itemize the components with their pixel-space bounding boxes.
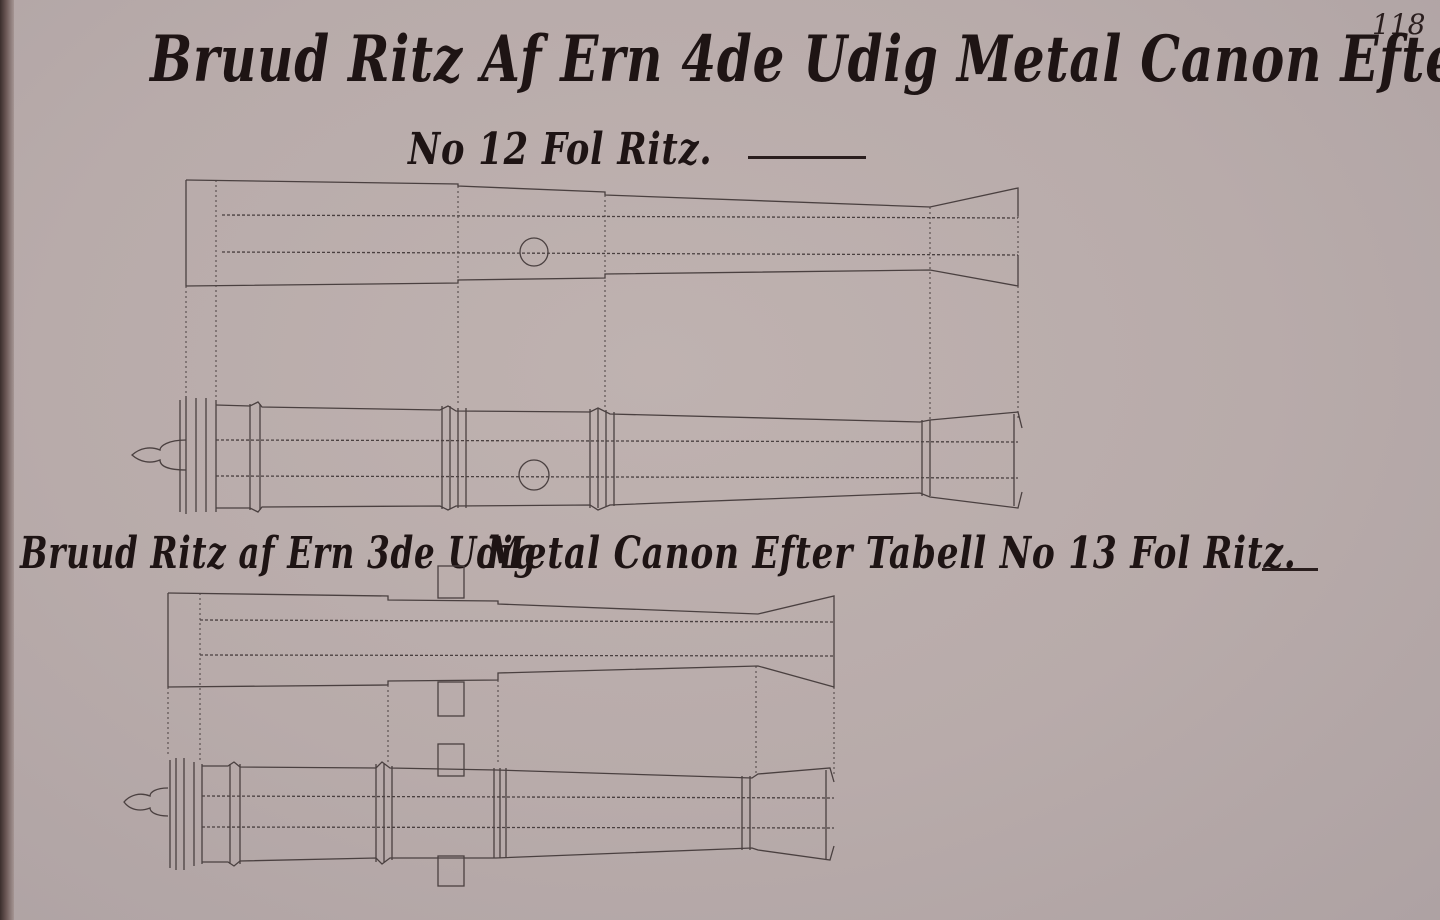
cannon-2-plan-view xyxy=(168,566,834,716)
cannon-2-elevation-view xyxy=(124,744,834,886)
cannon-1-elevation-view xyxy=(132,396,1022,514)
cannon-1-plan-view xyxy=(186,180,1018,286)
cannon-drawings xyxy=(0,0,1440,920)
